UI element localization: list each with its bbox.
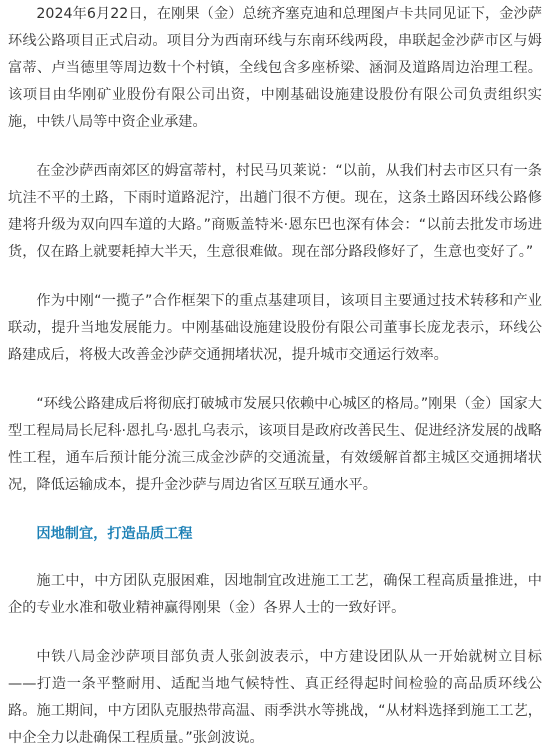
paragraph-official-statement: “环线公路建成后将彻底打破城市发展只依赖中心城区的格局。”刚果（金）国家大型工程… [8, 391, 542, 499]
paragraph-project-launch: 2024年6月22日，在刚果（金）总统齐塞克迪和总理图卢卡共同见证下，金沙萨环线… [8, 1, 542, 136]
paragraph-cooperation-framework: 作为中刚“一揽子”合作框架下的重点基建项目，该项目主要通过技术转移和产业联动，提… [8, 288, 542, 369]
paragraph-villager-quotes: 在金沙萨西南郊区的姆富蒂村，村民马贝莱说：“以前，从我们村去市区只有一条坑洼不平… [8, 158, 542, 266]
section-heading: 因地制宜，打造品质工程 [8, 521, 542, 548]
paragraph-project-manager-quote: 中铁八局金沙萨项目部负责人张剑波表示，中方建设团队从一开始就树立目标——打造一条… [8, 644, 542, 750]
article-body: 2024年6月22日，在刚果（金）总统齐塞克迪和总理图卢卡共同见证下，金沙萨环线… [0, 0, 550, 750]
paragraph-construction-quality: 施工中，中方团队克服困难，因地制宜改进施工工艺，确保工程高质量推进，中企的专业水… [8, 568, 542, 622]
